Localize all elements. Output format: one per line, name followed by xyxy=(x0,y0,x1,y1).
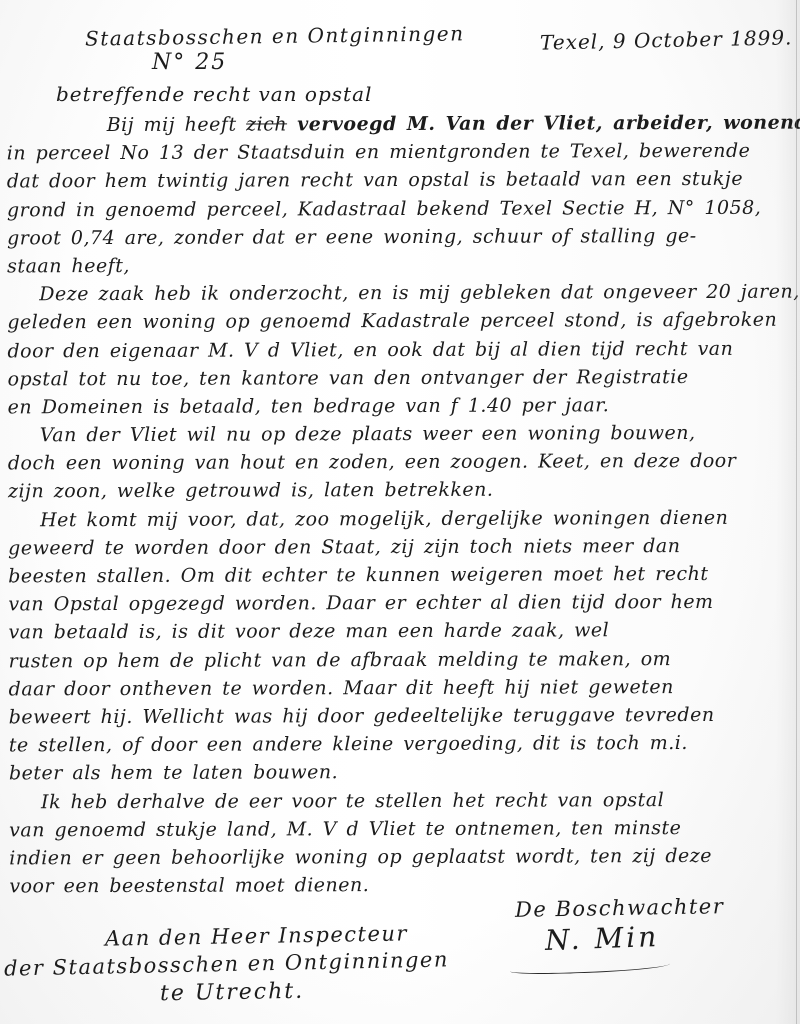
line-text: Bij mij heeft xyxy=(107,114,247,136)
handwritten-line: beesten stallen. Om dit echter te kunnen… xyxy=(8,560,798,591)
handwritten-line: doch een woning van hout en zoden, een z… xyxy=(8,447,798,478)
letter-number: N° 25 xyxy=(152,50,227,75)
handwritten-line: van Opstal opgezegd worden. Daar er echt… xyxy=(8,588,798,619)
handwritten-line: opstal tot nu toe, ten kantore van den o… xyxy=(8,362,798,393)
handwritten-line: door den eigenaar M. V d Vliet, en ook d… xyxy=(7,334,797,365)
handwritten-line: grond in genoemd perceel, Kadastraal bek… xyxy=(7,193,797,224)
handwritten-line: en Domeinen is betaald, ten bedrage van … xyxy=(8,390,798,421)
handwritten-line: geweerd te worden door den Staat, zij zi… xyxy=(8,531,798,562)
handwritten-line: beweert hij. Wellicht was hij door gedee… xyxy=(9,701,799,732)
handwritten-line: Het komt mij voor, dat, zoo mogelijk, de… xyxy=(8,503,798,534)
handwritten-line: van genoemd stukje land, M. V d Vliet te… xyxy=(9,813,799,844)
handwritten-line: van betaald is, is dit voor deze man een… xyxy=(8,616,798,647)
addressee-line: Aan den Heer Inspecteur xyxy=(105,921,408,950)
subject-line: betreffende recht van opstal xyxy=(56,82,372,106)
addressee-line: der Staatsbosschen en Ontginningen xyxy=(4,947,449,980)
handwritten-line: Ik heb derhalve de eer voor te stellen h… xyxy=(9,785,799,816)
handwritten-line: geleden een woning op genoemd Kadastrale… xyxy=(7,306,797,337)
handwritten-line: zijn zoon, welke getrouwd is, laten betr… xyxy=(8,475,798,506)
signature-flourish xyxy=(510,960,670,975)
department-heading: Staatsbosschen en Ontginningen xyxy=(85,21,465,50)
handwritten-line: staan heeft, xyxy=(7,250,797,281)
addressee-line: te Utrecht. xyxy=(160,979,305,1007)
handwritten-line: in perceel No 13 der Staatsduin en mient… xyxy=(7,137,797,168)
letter-body: Bij mij heeft zich vervoegd M. Van der V… xyxy=(7,109,800,901)
handwritten-line: beter als hem te laten bouwen. xyxy=(9,757,799,788)
handwritten-line: dat door hem twintig jaren recht van ops… xyxy=(7,165,797,196)
handwritten-line: Van der Vliet wil nu op deze plaats weer… xyxy=(8,419,798,450)
handwritten-line: te stellen, of door een andere kleine ve… xyxy=(9,729,799,760)
handwritten-line: groot 0,74 are, zonder dat er eene wonin… xyxy=(7,221,797,252)
closing-role: De Boschwachter xyxy=(515,894,725,922)
scanned-letter-page: Staatsbosschen en Ontginningen Texel, 9 … xyxy=(0,0,800,1024)
handwritten-line: Bij mij heeft zich vervoegd M. Van der V… xyxy=(7,109,797,140)
handwritten-line: daar door ontheven te worden. Maar dit h… xyxy=(9,672,799,703)
handwritten-line: Deze zaak heb ik onderzocht, en is mij g… xyxy=(7,278,797,309)
place-date: Texel, 9 October 1899. xyxy=(540,25,793,54)
struck-word: zich xyxy=(246,113,287,135)
handwritten-line: rusten op hem de plicht van de afbraak m… xyxy=(8,644,798,675)
handwritten-line: indien er geen behoorlijke woning op gep… xyxy=(9,841,799,872)
signature: N. Min xyxy=(544,920,659,957)
line-text: vervoegd M. Van der Vliet, arbeider, won… xyxy=(287,112,800,136)
